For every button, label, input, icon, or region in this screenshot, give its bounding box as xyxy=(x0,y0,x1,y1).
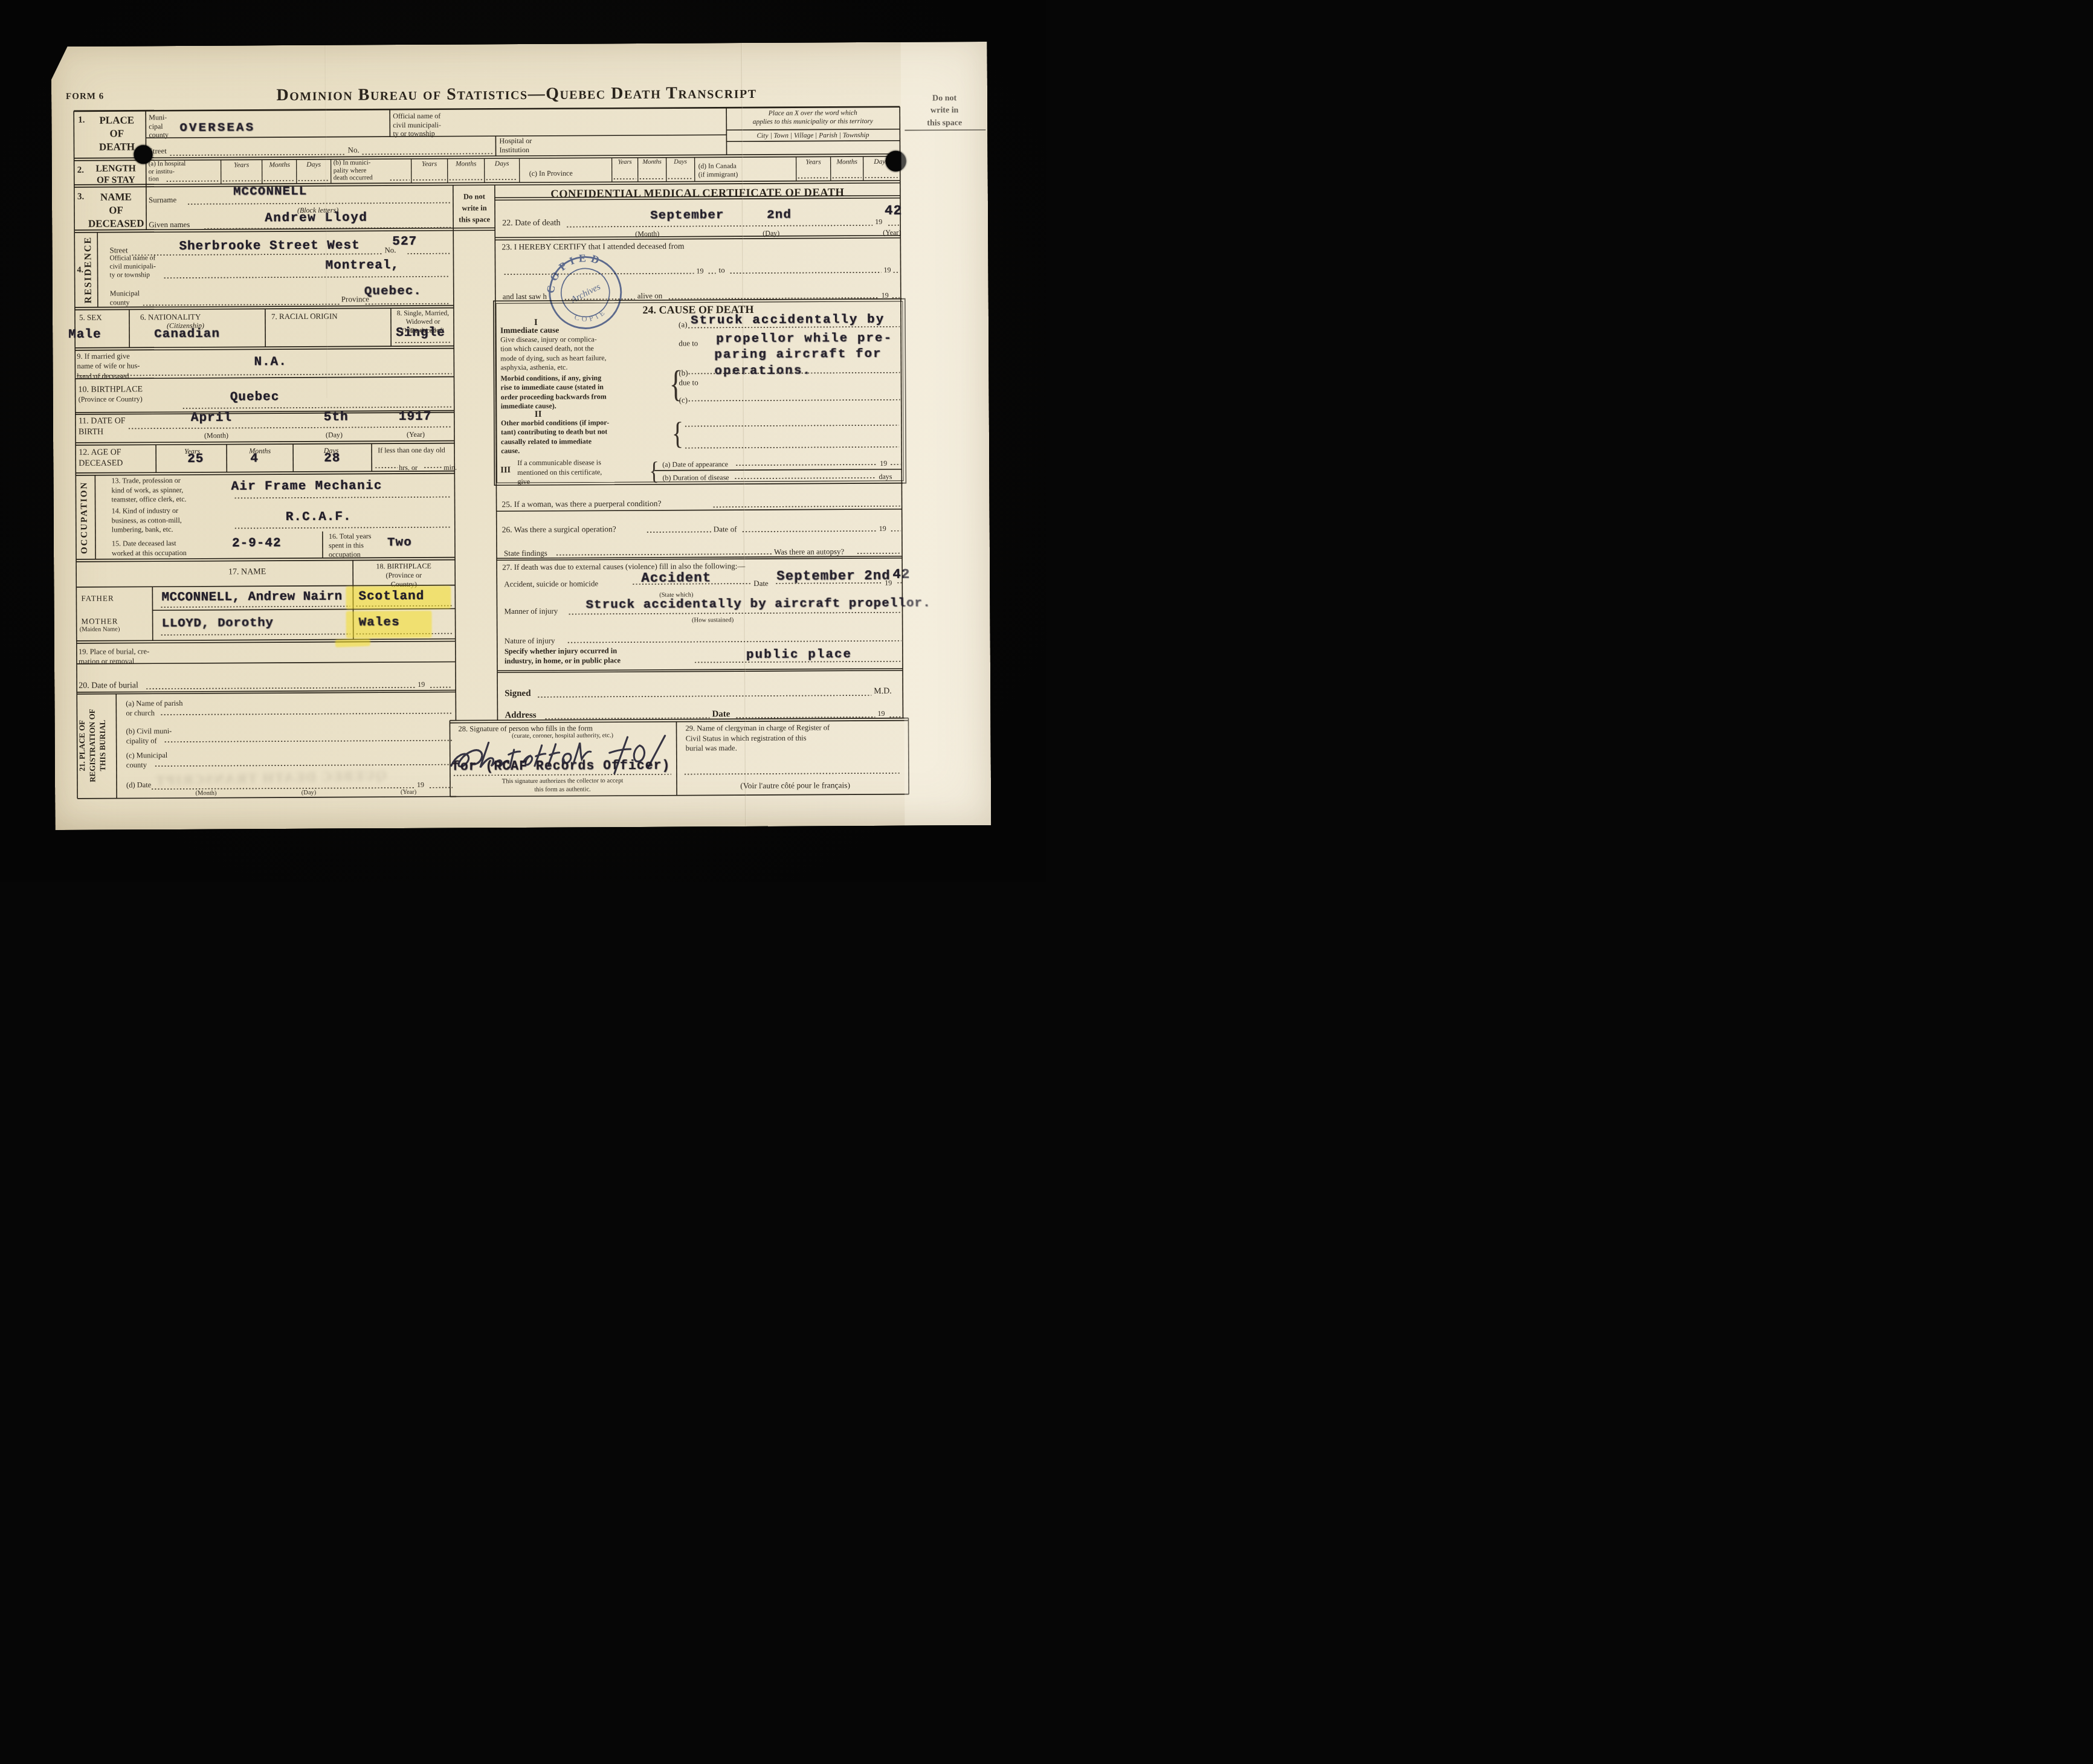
death-transcript-form: FORM 6 Dominion Bureau of Statistics—Que… xyxy=(51,42,992,830)
s9-value: N.A. xyxy=(254,356,287,369)
s23-19b: 19 xyxy=(884,266,891,275)
s7-label: 7. RACIAL ORIGIN xyxy=(271,312,338,321)
certificate-title: CONFIDENTIAL MEDICAL CERTIFICATE OF DEAT… xyxy=(495,186,900,202)
s11-label: 11. DATE OF BIRTH xyxy=(79,416,126,438)
s12-label: 12. AGE OF DECEASED xyxy=(79,447,123,469)
s27-date-value: September 2nd xyxy=(776,569,891,583)
mother-name-value: LLOYD, Dorothy xyxy=(162,617,274,630)
s1-muni-county-label: Muni- cipal county xyxy=(149,113,169,140)
mother-row-label: MOTHER xyxy=(82,616,118,626)
s1-number: 1. xyxy=(78,115,85,126)
occupation-vertical-label: OCCUPATION xyxy=(79,481,90,554)
s10-value: Quebec xyxy=(230,391,280,404)
s25-label: 25. If a woman, was there a puerperal co… xyxy=(502,499,662,510)
s24-brace-iii: { xyxy=(649,456,659,488)
s22-19: 19 xyxy=(875,217,882,227)
s2-b-years: Years xyxy=(413,160,447,169)
s24-brace-bc: { xyxy=(669,361,682,407)
s2-d-years: Years xyxy=(798,158,830,166)
s3-do-not-write-strip: Do not write in this space xyxy=(454,191,494,225)
s17-header: 17. NAME xyxy=(199,567,295,578)
s26-date-of: Date of xyxy=(714,524,737,534)
s12-months-value: 4 xyxy=(250,452,259,465)
s2-c-days: Days xyxy=(668,159,694,167)
s4-no-value: 527 xyxy=(392,236,417,248)
s15-value: 2-9-42 xyxy=(232,537,282,550)
s22-day-value: 2nd xyxy=(767,209,792,222)
s2-number: 2. xyxy=(77,165,84,176)
s27-19: 19 xyxy=(885,579,892,588)
s14-label: 14. Kind of industry or business, as cot… xyxy=(112,506,182,535)
s9-label: 9. If married give name of wife or hus- … xyxy=(77,351,140,381)
s21-sub-month: (Month) xyxy=(182,790,230,798)
s24-cause-a-value: Struck accidentally by xyxy=(691,314,885,327)
s2-a-label: (a) In hospital or institu- tion xyxy=(149,160,186,183)
s27-how-sustained: (How sustained) xyxy=(677,617,749,625)
scanned-document-page: FORM 6 Dominion Bureau of Statistics—Que… xyxy=(0,0,1046,882)
s22-year-value: 42 xyxy=(885,204,902,218)
s11-day-value: 5th xyxy=(324,411,349,423)
s24-morbid-para: Morbid conditions, if any, giving rise t… xyxy=(500,373,677,411)
s11-month-value: April xyxy=(191,412,232,425)
s8-value: Single xyxy=(396,327,445,340)
punch-hole-left xyxy=(134,145,152,164)
s28-note: This signature authorizes the collector … xyxy=(456,777,669,795)
mother-birthplace-value: Wales xyxy=(359,616,400,629)
s22-sub-day: (Day) xyxy=(747,229,795,238)
svg-text:COPIE: COPIE xyxy=(570,300,609,330)
s12-less-note: If less than one day old xyxy=(378,446,445,455)
s6-label: 6. NATIONALITY xyxy=(140,312,201,322)
s5-label: 5. SEX xyxy=(79,313,102,323)
s3-given-names-label: Given names xyxy=(149,220,190,230)
s3-surname-value: MCCONNELL xyxy=(233,185,308,199)
s21-vertical-label: 21. PLACE OF REGISTRATION OF THIS BURIAL xyxy=(77,709,108,782)
s24-iii-a-19: 19 xyxy=(880,459,887,468)
s2-b-months: Months xyxy=(449,159,483,168)
s2-c-months: Months xyxy=(639,159,665,167)
s5-value: Male xyxy=(68,329,102,341)
s24-iii-b-days: days xyxy=(879,472,892,481)
s23-to: to xyxy=(719,265,725,275)
s23-alive-on: alive on xyxy=(637,291,663,301)
stamp-middle-text: Archives xyxy=(569,282,602,306)
s27-date-label: Date xyxy=(753,579,769,588)
s10-label: 10. BIRTHPLACE xyxy=(79,384,143,395)
s24-cause-line3-value: paring aircraft for xyxy=(714,348,882,361)
s24-iii-a-label: (a) Date of appearance xyxy=(662,460,728,469)
s3-given-names-value: Andrew Lloyd xyxy=(265,211,368,225)
s21-b-label: (b) Civil muni- cipality of xyxy=(126,726,172,746)
s21-d-label: (d) Date xyxy=(126,781,151,790)
s2-c-years: Years xyxy=(613,159,637,167)
s27-specify-value: public place xyxy=(746,648,852,661)
address-19: 19 xyxy=(877,709,885,718)
s6-value: Canadian xyxy=(154,328,220,341)
s24-roman-iii: III xyxy=(500,465,511,476)
s23-19a: 19 xyxy=(697,266,704,275)
s10-sub-label: (Province or Country) xyxy=(79,394,143,404)
s24-due-to-1: due to xyxy=(679,338,698,348)
s12-days-value: 28 xyxy=(324,452,340,465)
s24-brace-ii: { xyxy=(672,414,684,453)
s22-month-value: September xyxy=(650,209,724,222)
s12-col-months: Months xyxy=(230,446,290,455)
s14-value: R.C.A.F. xyxy=(286,510,352,524)
s27-accident-label: Accident, suicide or homicide xyxy=(504,579,598,589)
s28-typed-for-rcaf: for (RCAF Records Officer) xyxy=(452,760,671,774)
s27-manner-value: Struck accidentally by aircraft propello… xyxy=(585,597,930,611)
s26-19: 19 xyxy=(879,524,886,533)
s16-value: Two xyxy=(387,536,412,549)
s27-manner-label: Manner of injury xyxy=(504,607,558,616)
s2-b-days: Days xyxy=(486,159,518,168)
s4-province-value: Quebec. xyxy=(364,285,422,298)
s29-french-note: (Voir l'autre côté pour le français) xyxy=(695,781,895,791)
s27-specify-label: Specify whether injury occurred in indus… xyxy=(505,646,621,666)
s18-header: 18. BIRTHPLACE (Province or Country) xyxy=(356,562,451,590)
s2-c-label: (c) In Province xyxy=(529,169,573,178)
s2-d-months: Months xyxy=(832,158,862,166)
s16-label: 16. Total years spent in this occupation xyxy=(329,532,372,559)
s21-sub-year: (Year) xyxy=(384,789,433,797)
s3-number: 3. xyxy=(77,192,84,202)
margin-column-tint xyxy=(901,42,992,826)
signed-label: Signed xyxy=(505,688,531,700)
address-date-label: Date xyxy=(712,709,730,719)
s2-b-label: (b) In munici- pality where death occurr… xyxy=(334,159,373,182)
father-birthplace-value: Scotland xyxy=(358,590,424,604)
s21-c-label: (c) Municipal county xyxy=(126,750,168,770)
signed-md: M.D. xyxy=(874,686,892,697)
s11-sub-month: (Month) xyxy=(192,431,240,440)
s11-sub-day: (Day) xyxy=(310,430,358,439)
s2-a-years: Years xyxy=(222,161,261,169)
s2-a-months: Months xyxy=(263,161,296,169)
s4-muni-county-label: Municipal county xyxy=(110,289,140,307)
s1-x-words: City | Town | Village | Parish | Townshi… xyxy=(729,131,896,140)
s24-other-para: Other morbid conditions (if impor- tant)… xyxy=(501,418,677,456)
s21-19: 19 xyxy=(417,781,424,790)
s12-min-note: min. xyxy=(443,463,457,472)
s26-state-findings: State findings xyxy=(504,549,547,558)
father-row-label: FATHER xyxy=(81,594,114,604)
address-label: Address xyxy=(505,710,536,721)
page-title: Dominion Bureau of Statistics—Quebec Dea… xyxy=(251,83,782,106)
s2-label: LENGTH OF STAY xyxy=(88,163,144,186)
father-name-value: MCCONNELL, Andrew Nairn xyxy=(161,591,342,605)
s19-label: 19. Place of burial, cre- mation or remo… xyxy=(79,646,149,666)
s1-muni-county-value: OVERSEAS xyxy=(179,121,255,135)
mother-maiden-note: (Maiden Name) xyxy=(80,626,120,634)
s4-residence-vertical-label: RESIDENCE xyxy=(82,236,94,303)
s4-official-name-label: Official name of civil municipali- ty or… xyxy=(109,254,156,279)
s13-value: Air Frame Mechanic xyxy=(231,480,382,493)
s22-sub-month: (Month) xyxy=(623,230,671,239)
stamp-bottom-text: COPIE xyxy=(570,300,609,330)
s29-label: 29. Name of clergyman in charge of Regis… xyxy=(685,723,830,753)
s1-official-name-label: Official name of civil municipali- ty or… xyxy=(393,112,441,138)
s3-label: NAME OF DECEASED xyxy=(87,190,145,231)
s24-iii-b-label: (b) Duration of disease xyxy=(662,473,729,482)
s24-immediate-label: Immediate cause xyxy=(500,326,559,336)
s27-nature-label: Nature of injury xyxy=(505,636,555,646)
s27-accident-value: Accident xyxy=(641,571,711,585)
s4-municipality-value: Montreal, xyxy=(325,259,399,272)
s24-iii-label: If a communicable disease is mentioned o… xyxy=(517,458,651,487)
s21-a-label: (a) Name of parish or church xyxy=(126,698,182,718)
s2-d-label: (d) In Canada (if immigrant) xyxy=(698,163,738,179)
s4-street-value: Sherbrooke Street West xyxy=(179,239,360,253)
s11-sub-year: (Year) xyxy=(392,430,440,439)
s11-year-value: 1917 xyxy=(399,411,432,423)
s20-19: 19 xyxy=(418,680,425,689)
s12-hrs-note: hrs. or xyxy=(399,463,418,472)
s13-label: 13. Trade, profession or kind of work, a… xyxy=(111,476,186,504)
s26-label: 26. Was there a surgical operation? xyxy=(502,524,616,535)
s1-no-label: No. xyxy=(347,145,359,155)
s22-label: 22. Date of death xyxy=(502,218,561,229)
s20-label: 20. Date of burial xyxy=(79,680,138,691)
s12-years-value: 25 xyxy=(187,453,204,466)
s1-x-note: Place an X over the word which applies t… xyxy=(729,109,896,126)
highlight-smear xyxy=(335,638,370,647)
s24-cause-b-value: operations. xyxy=(714,364,811,378)
s23-19c: 19 xyxy=(882,291,889,300)
s21-sub-day: (Day) xyxy=(285,790,333,797)
s15-label: 15. Date deceased last worked at this oc… xyxy=(112,539,187,558)
s26-autopsy: Was there an autopsy? xyxy=(774,547,844,556)
form-number: FORM 6 xyxy=(66,91,104,103)
s1-hospital-label: Hospital or Institution xyxy=(499,137,532,155)
s3-surname-label: Surname xyxy=(149,195,176,205)
s24-a-label: (a) xyxy=(679,320,688,330)
